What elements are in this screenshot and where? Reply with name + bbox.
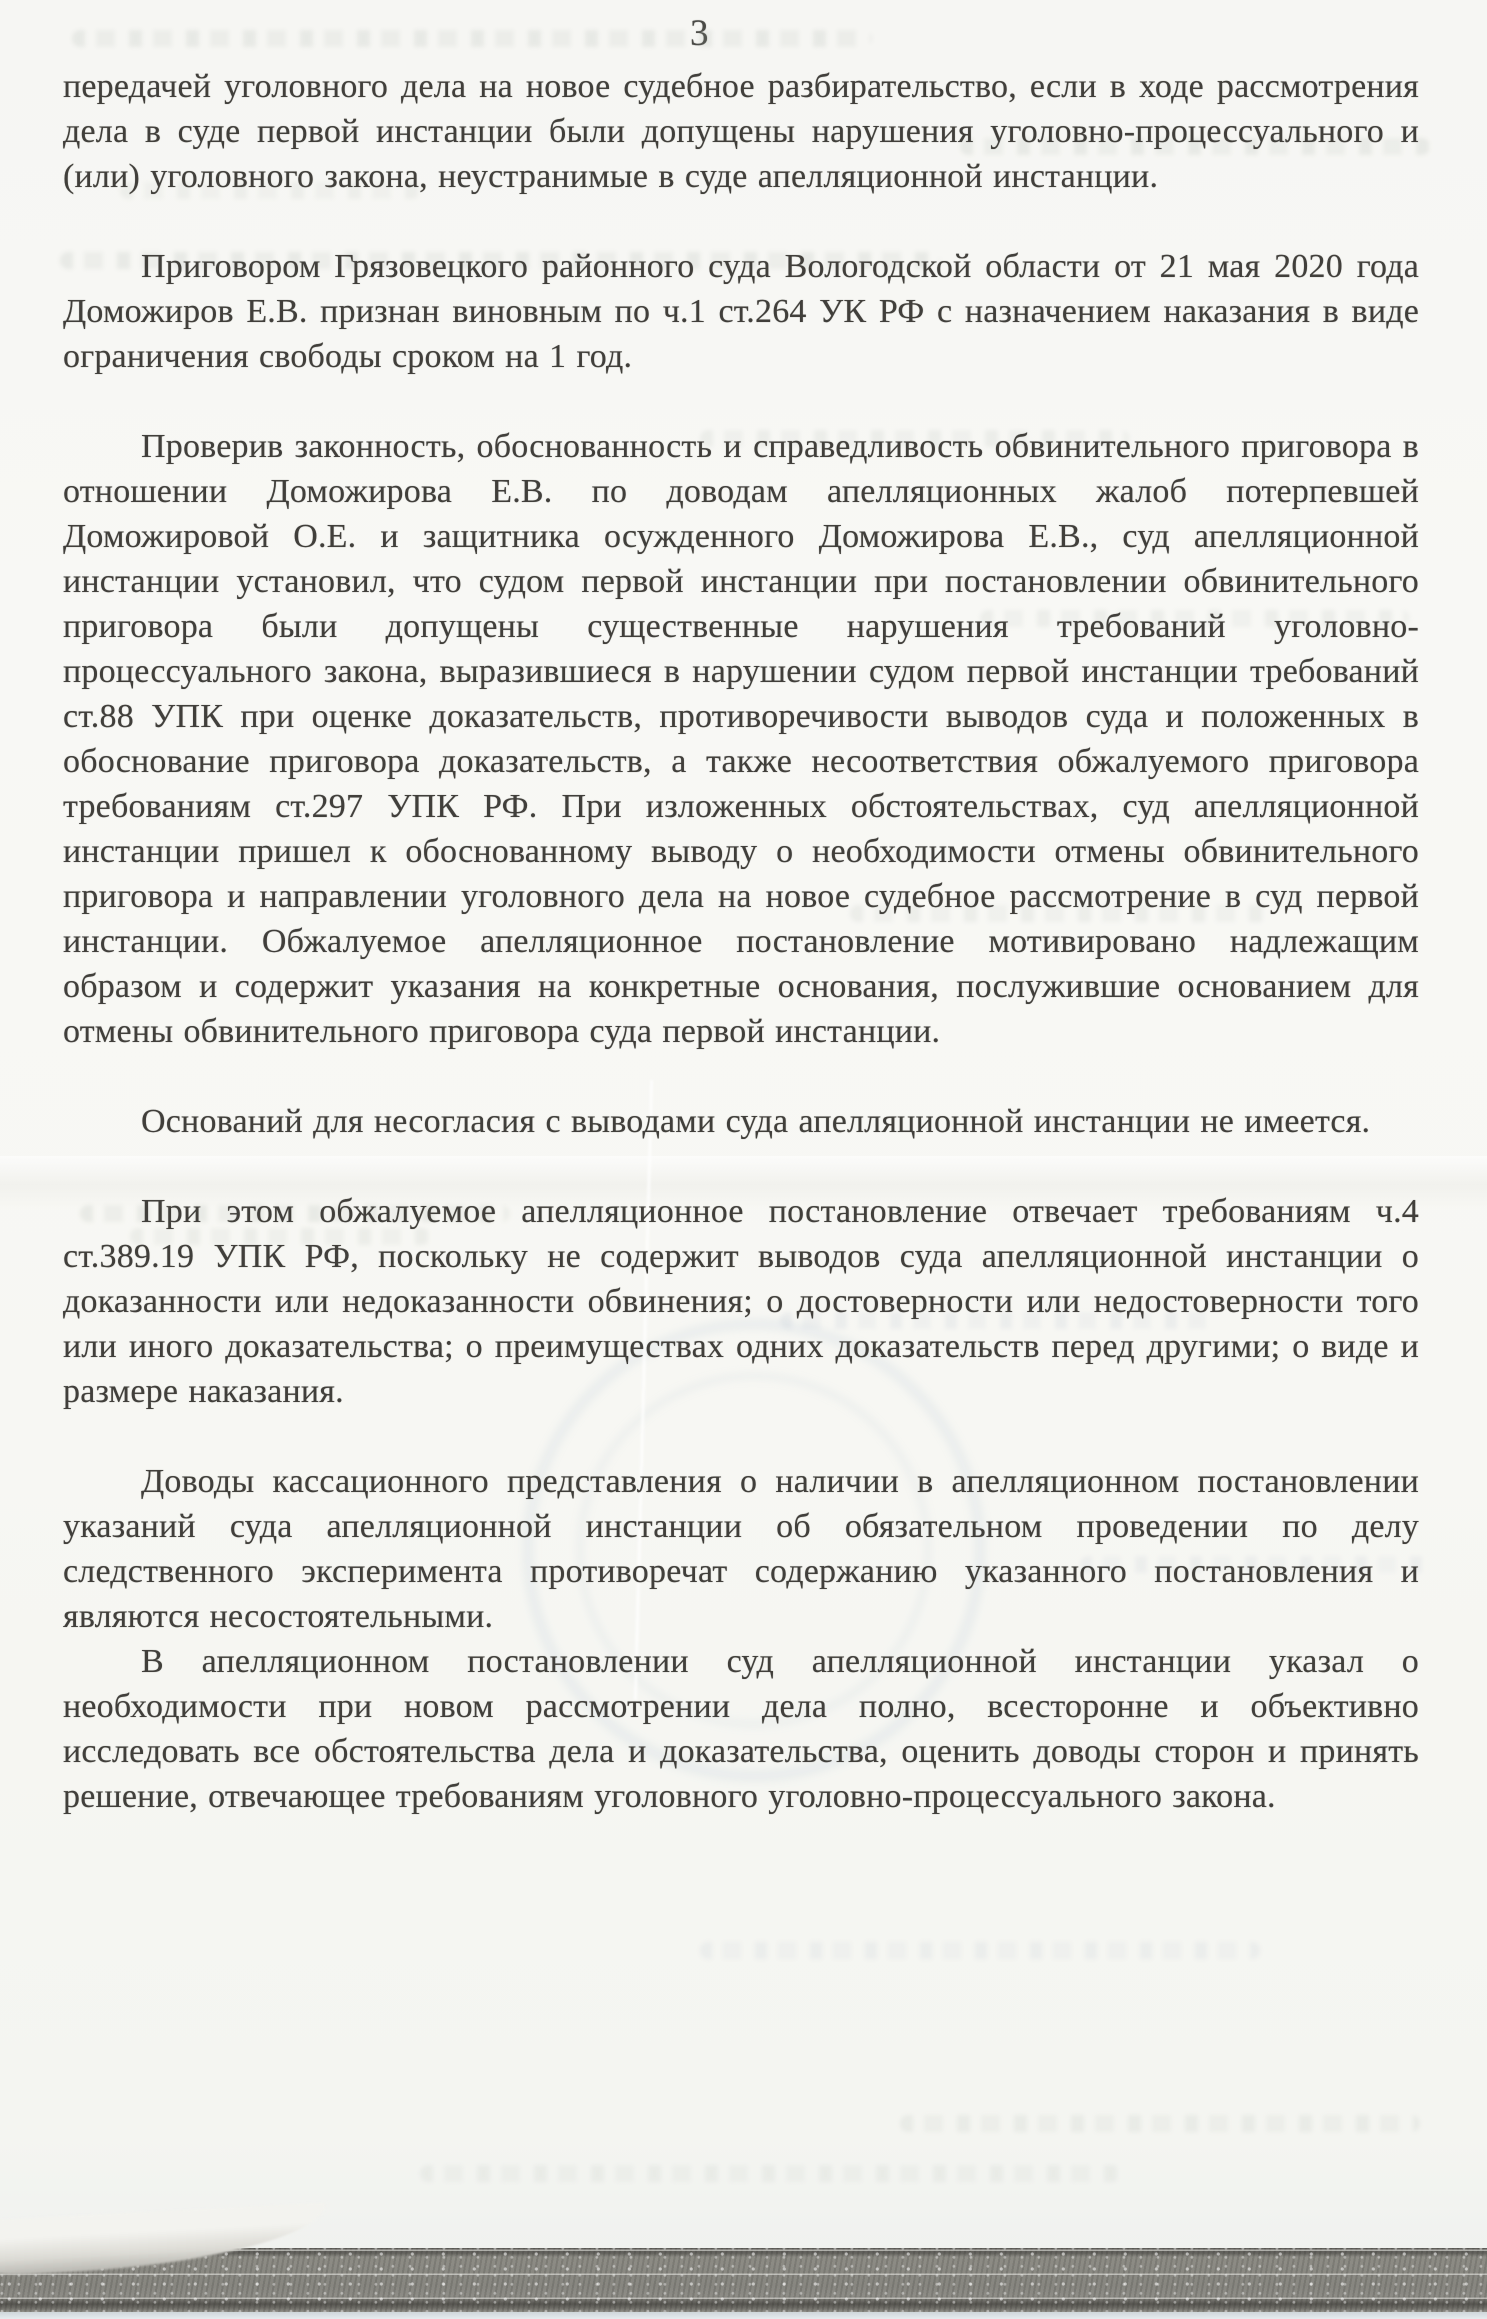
paragraph-continuation: передачей уголовного дела на новое судеб…	[63, 64, 1419, 199]
bleed-through-artifact	[72, 30, 872, 47]
paragraph-appellate-instruction: В апелляционном постановлении суд апелля…	[63, 1639, 1419, 1819]
scanned-document-page: 3 передачей уголовного дела на новое суд…	[0, 0, 1487, 2319]
paragraph-review: Проверив законность, обоснованность и сп…	[63, 424, 1419, 1054]
page-number: 3	[690, 12, 709, 55]
paragraph-requirements: При этом обжалуемое апелляционное постан…	[63, 1189, 1419, 1414]
bleed-through-artifact	[700, 1942, 1260, 1959]
scanner-edge-band	[0, 2248, 1487, 2312]
bleed-through-artifact	[420, 2165, 1120, 2182]
paragraph-verdict: Приговором Грязовецкого районного суда В…	[63, 244, 1419, 379]
bleed-through-artifact	[900, 2115, 1420, 2132]
paragraph-no-grounds: Оснований для несогласия с выводами суда…	[63, 1099, 1419, 1144]
document-text: передачей уголовного дела на новое судеб…	[63, 64, 1419, 1864]
paragraph-cassation-arguments: Доводы кассационного представления о нал…	[63, 1459, 1419, 1639]
